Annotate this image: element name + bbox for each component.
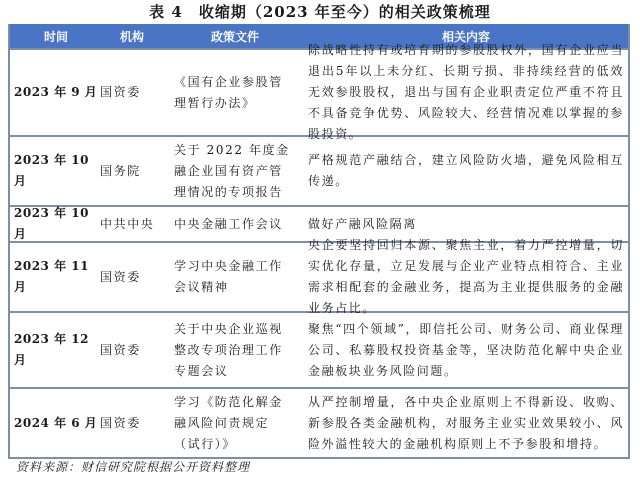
cell-content: 除战略性持有或培育期的参股股权外，国有企业应当退出5年以上未分红、长期亏损、非持… [304, 50, 628, 135]
cell-agency: 国资委 [98, 389, 164, 457]
table-title: 表 4 收缩期（2023 年至今）的相关政策梳理 [0, 2, 640, 22]
cell-document: 关于 2022 年度金融企业国有资产管理情况的专项报告 [164, 137, 304, 205]
cell-agency: 国务院 [98, 137, 164, 205]
table-row: 2023 年 11 月 国资委 学习中央金融工作会议精神 央企要坚持回归本源、聚… [10, 241, 628, 311]
table-row: 2023 年 9 月 国资委 《国有企业参股管理暂行办法》 除战略性持有或培育期… [10, 48, 628, 135]
column-header-document: 政策文件 [164, 28, 304, 45]
cell-document: 学习《防范化解金融风险问责规定（试行）》 [164, 389, 304, 457]
cell-document: 关于中央企业巡视整改专项治理工作专题会议 [164, 313, 304, 387]
cell-agency: 中共中央 [98, 207, 164, 241]
table-row: 2023 年 10 月 国务院 关于 2022 年度金融企业国有资产管理情况的专… [10, 135, 628, 205]
policy-table: 时间 机构 政策文件 相关内容 2023 年 9 月 国资委 《国有企业参股管理… [8, 24, 630, 459]
table-row: 2024 年 6 月 国资委 学习《防范化解金融风险问责规定（试行）》 从严控制… [10, 387, 628, 457]
table-row: 2023 年 12 月 国资委 关于中央企业巡视整改专项治理工作专题会议 聚焦“… [10, 311, 628, 387]
cell-agency: 国资委 [98, 243, 164, 311]
cell-time: 2023 年 11 月 [10, 243, 98, 311]
cell-document: 《国有企业参股管理暂行办法》 [164, 50, 304, 135]
cell-time: 2024 年 6 月 [10, 389, 98, 457]
cell-content: 聚焦“四个领域”，即信托公司、财务公司、商业保理公司、私募股权投资基金等，坚决防… [304, 313, 628, 387]
source-note: 资料来源：财信研究院根据公开资料整理 [16, 458, 250, 475]
cell-content: 从严控制增量，各中央企业原则上不得新设、收购、新参股各类金融机构，对服务主业实业… [304, 389, 628, 457]
cell-time: 2023 年 12 月 [10, 313, 98, 387]
cell-agency: 国资委 [98, 313, 164, 387]
cell-time: 2023 年 10 月 [10, 207, 98, 241]
cell-time: 2023 年 9 月 [10, 50, 98, 135]
cell-content: 央企要坚持回归本源、聚焦主业，着力严控增量，切实优化存量，立足发展与企业产业特点… [304, 243, 628, 311]
column-header-time: 时间 [10, 28, 98, 45]
cell-document: 学习中央金融工作会议精神 [164, 243, 304, 311]
cell-time: 2023 年 10 月 [10, 137, 98, 205]
cell-document: 中央金融工作会议 [164, 207, 304, 241]
column-header-agency: 机构 [98, 28, 164, 45]
cell-agency: 国资委 [98, 50, 164, 135]
cell-content: 严格规范产融结合，建立风险防火墙，避免风险相互传递。 [304, 137, 628, 205]
